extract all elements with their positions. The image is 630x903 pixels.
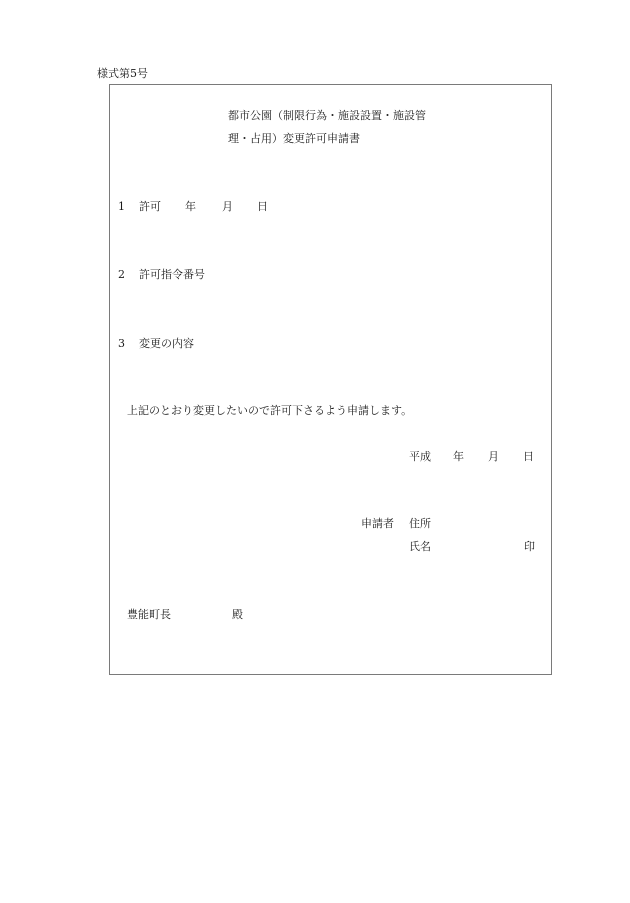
addressee-name: 豊能町長 [127,609,171,620]
form-box [109,84,552,675]
item-number: 1 [118,200,125,213]
form-title-line1: 都市公園（制限行為・施設設置・施設管 [228,110,426,121]
application-date: 平成年月日 [409,451,534,462]
form-number: 様式第5号 [97,68,148,79]
item-number: 2 [118,268,125,281]
request-statement: 上記のとおり変更したいので許可下さるよう申請します。 [127,405,412,416]
year-unit: 年 [185,200,196,213]
month-unit: 月 [488,450,499,463]
form-title-line2: 理・占用）変更許可申請書 [228,133,360,144]
day-unit: 日 [523,450,534,463]
applicant-label: 申請者 [361,518,394,529]
item-label: 許可 [139,200,161,213]
name-label: 氏名 [409,541,431,552]
item-label: 許可指令番号 [139,268,205,281]
year-unit: 年 [453,450,464,463]
era: 平成 [409,450,431,463]
seal-mark: 印 [524,541,535,552]
address-label: 住所 [409,518,431,529]
item-label: 変更の内容 [139,337,194,350]
day-unit: 日 [257,200,268,213]
item-permit-date: 1許可年月日 [118,201,268,212]
month-unit: 月 [222,200,233,213]
addressee-honorific: 殿 [232,609,243,620]
item-number: 3 [118,337,125,350]
item-change-content: 3変更の内容 [118,338,194,349]
item-permit-number: 2許可指令番号 [118,269,205,280]
